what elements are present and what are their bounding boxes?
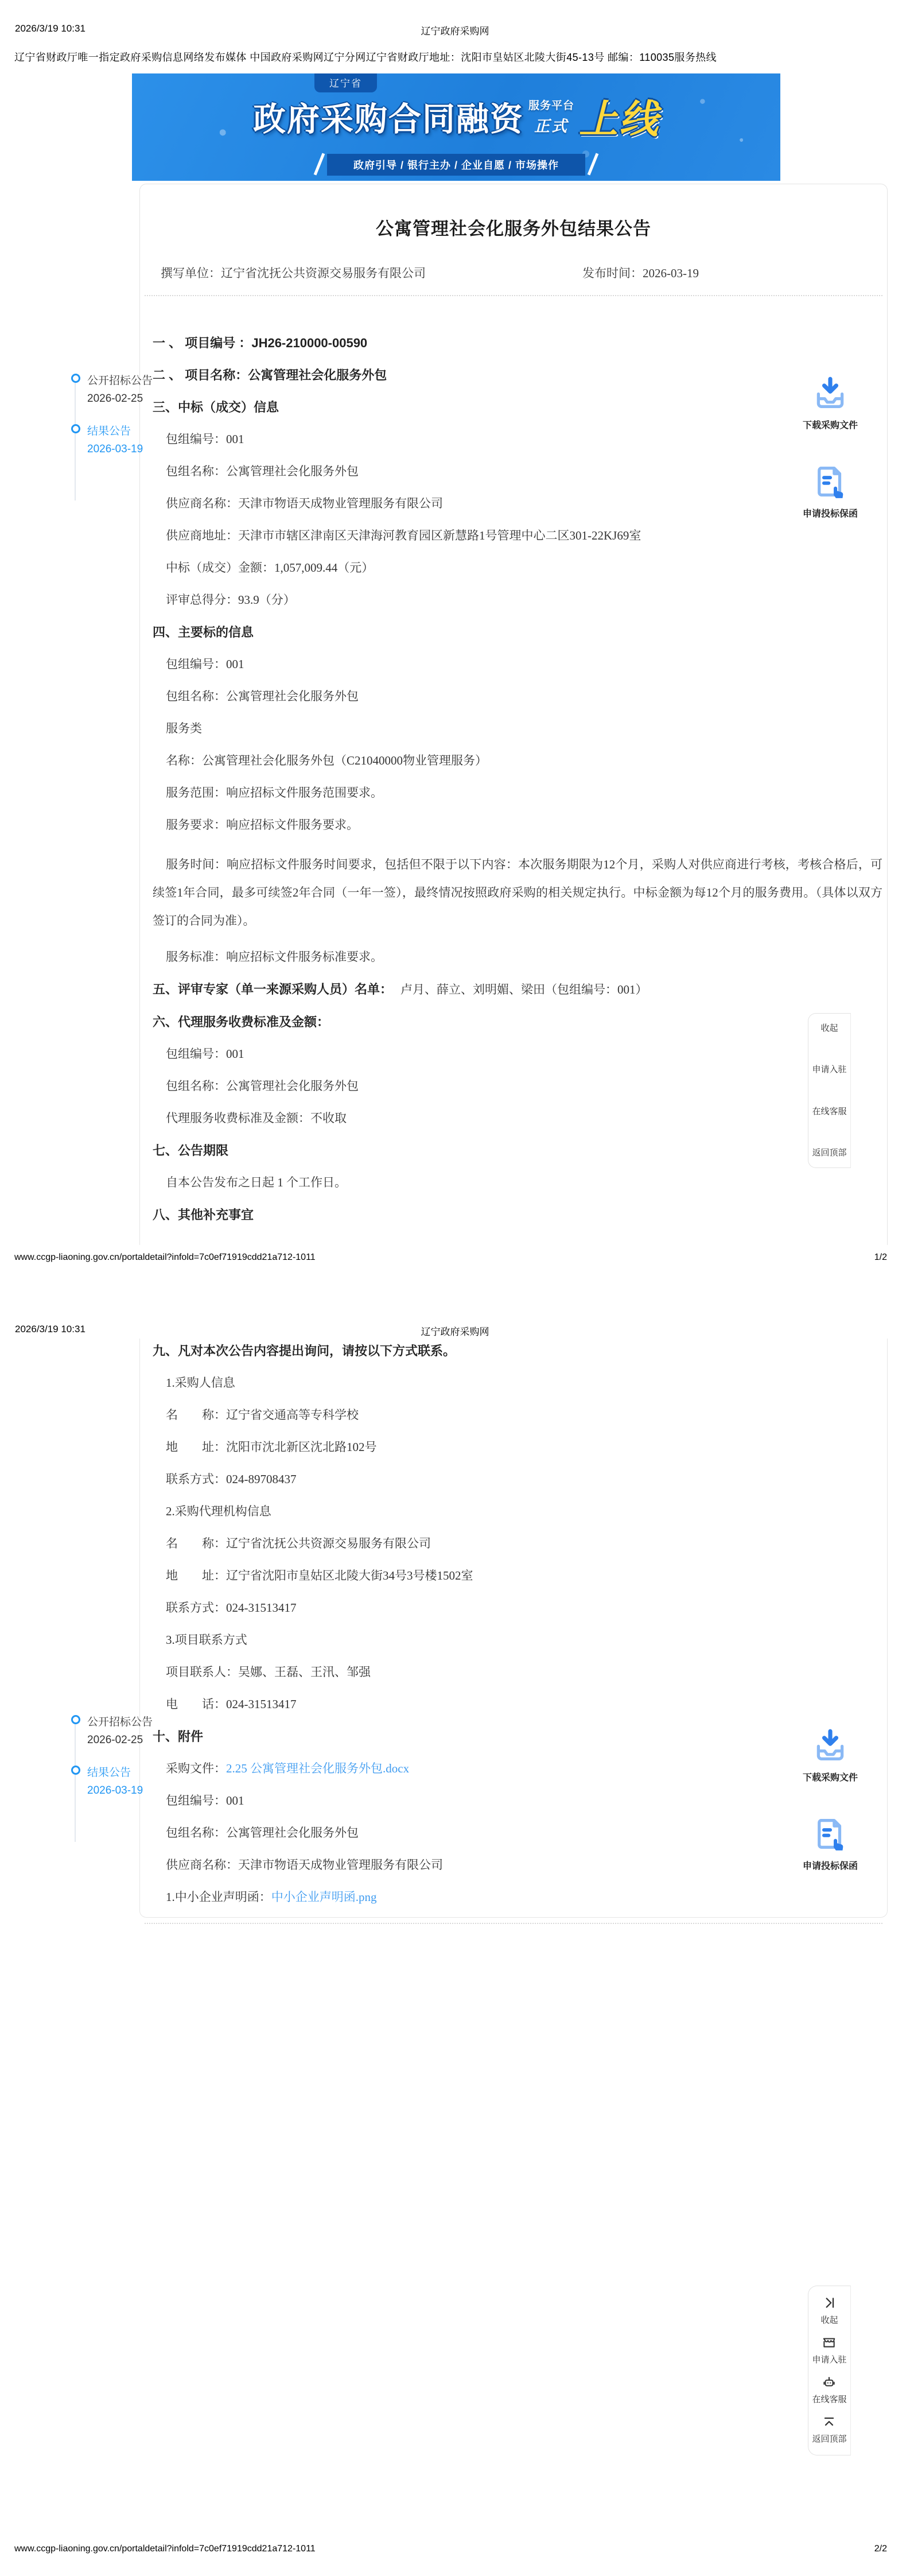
timeline-item-date: 2026-03-19 xyxy=(87,440,143,458)
online-service-label: 在线客服 xyxy=(812,2393,846,2405)
doc-line-text: 服务范围：响应招标文件服务范围要求。 xyxy=(166,786,383,800)
doc-line-text: 三、中标（成交）信息 xyxy=(153,400,279,414)
timeline-item-date: 2026-02-25 xyxy=(87,1731,153,1749)
side-toolbar-page1: 收起 申请入驻 在线客服 返回顶部 xyxy=(808,1013,851,1168)
doc-line-text: 包组名称：公寓管理社会化服务外包 xyxy=(166,689,359,703)
doc-line-text: 包组名称：公寓管理社会化服务外包 xyxy=(166,1826,359,1840)
doc-line-text: 供应商名称：天津市物语天成物业管理服务有限公司 xyxy=(166,1858,443,1872)
back-to-top-label: 返回顶部 xyxy=(812,2433,846,2445)
timeline-item-label: 公开招标公告 xyxy=(87,372,153,390)
doc-line: 服务类 xyxy=(153,722,882,735)
timeline-item-result-announcement[interactable]: 结果公告 2026-03-19 xyxy=(71,422,143,458)
doc-line: 1.采购人信息 xyxy=(153,1376,882,1390)
doc-line: 包组名称：公寓管理社会化服务外包 xyxy=(153,690,882,703)
download-procurement-file-label: 下载采购文件 xyxy=(799,418,862,431)
back-to-top-label: 返回顶部 xyxy=(812,1146,846,1158)
doc-line: 供应商名称：天津市物语天成物业管理服务有限公司 xyxy=(153,1859,882,1872)
doc-line: 九、凡对本次公告内容提出询问，请按以下方式联系。 xyxy=(153,1344,882,1357)
doc-line: 名 称：辽宁省沈抚公共资源交易服务有限公司 xyxy=(153,1537,882,1550)
doc-line: 供应商地址：天津市市辖区津南区天津海河教育园区新慧路1号管理中心二区301-22… xyxy=(153,529,882,542)
doc-line-text: 包组名称：公寓管理社会化服务外包 xyxy=(166,1079,359,1093)
collapse-icon xyxy=(822,2295,837,2310)
doc-line: 四、主要标的信息 xyxy=(153,626,882,639)
doc-line: 包组编号：001 xyxy=(153,1048,882,1061)
storefront-icon xyxy=(822,2335,837,2350)
doc-line: 服务标准：响应招标文件服务标准要求。 xyxy=(153,951,882,964)
back-to-top-icon xyxy=(822,2414,837,2429)
collapse-button[interactable]: 收起 xyxy=(820,1022,838,1034)
banner-sub-top: 服务平台 xyxy=(528,97,574,112)
download-inbox-icon xyxy=(811,374,849,412)
doc-line-text: 地 址：沈阳市沈北新区沈北路102号 xyxy=(166,1440,377,1454)
doc-line: 自本公告发布之日起 1 个工作日。 xyxy=(153,1176,882,1189)
document-panel-page1: 公寓管理社会化服务外包结果公告 撰写单位：辽宁省沈抚公共资源交易服务有限公司 发… xyxy=(139,184,888,1245)
doc-line-text: 供应商地址：天津市市辖区津南区天津海河教育园区新慧路1号管理中心二区301-22… xyxy=(166,529,641,542)
online-service-button[interactable]: 在线客服 xyxy=(812,2375,846,2405)
banner-title: 政府采购合同融资 xyxy=(253,93,524,140)
robot-icon xyxy=(822,2375,837,2389)
doc-line-text: 服务要求：响应招标文件服务要求。 xyxy=(166,818,359,832)
doc-line-label: 1.中小企业声明函： xyxy=(166,1890,271,1904)
site-info-line: 辽宁省财政厅唯一指定政府采购信息网络发布媒体 中国政府采购网辽宁分网辽宁省财政厅… xyxy=(14,49,901,64)
doc-line: 服务范围：响应招标文件服务范围要求。 xyxy=(153,786,882,800)
doc-line: 服务要求：响应招标文件服务要求。 xyxy=(153,818,882,832)
doc-line-label: 采购文件： xyxy=(166,1762,226,1775)
doc-line: 七、公告期限 xyxy=(153,1144,882,1157)
doc-line-text: 一 、 项目编号 ：JH26-210000-00590 xyxy=(153,336,367,350)
doc-line-text: 八、其他补充事宜 xyxy=(153,1208,254,1222)
doc-line-text: 服务标准：响应招标文件服务标准要求。 xyxy=(166,950,383,964)
timeline-dot-icon xyxy=(71,1715,80,1724)
online-service-button[interactable]: 在线客服 xyxy=(812,1105,846,1117)
print-preview-page: 2026/3/19 10:31 辽宁政府采购网 辽宁省财政厅唯一指定政府采购信息… xyxy=(0,0,910,2576)
doc-line: 代理服务收费标准及金额：不收取 xyxy=(153,1112,882,1125)
doc-line: 名 称：辽宁省交通高等专科学校 xyxy=(153,1409,882,1422)
doc-line: 联系方式：024-31513417 xyxy=(153,1601,882,1615)
document-panel-page2: 九、凡对本次公告内容提出询问，请按以下方式联系。 1.采购人信息 名 称：辽宁省… xyxy=(139,1339,888,1918)
doc-line: 包组编号：001 xyxy=(153,433,882,446)
footer-url: www.ccgp-liaoning.gov.cn/portaldetail?in… xyxy=(14,2544,316,2554)
doc-line-text: 评审总得分：93.9（分） xyxy=(166,593,295,607)
timeline-dot-icon xyxy=(71,374,80,383)
doc-body-page2: 九、凡对本次公告内容提出询问，请按以下方式联系。 1.采购人信息 名 称：辽宁省… xyxy=(153,1344,882,1904)
doc-line: 包组名称：公寓管理社会化服务外包 xyxy=(153,465,882,478)
doc-line: 十、附件 xyxy=(153,1730,882,1743)
doc-line-text: 六、代理服务收费标准及金额： xyxy=(153,1015,329,1029)
doc-line: 八、其他补充事宜 xyxy=(153,1208,882,1221)
doc-line-text: 二 、 项目名称：公寓管理社会化服务外包 xyxy=(153,368,387,382)
attachment-link[interactable]: 中小企业声明函.png xyxy=(271,1890,377,1904)
doc-line: 一 、 项目编号 ：JH26-210000-00590 xyxy=(153,336,882,350)
doc-line-text: 包组编号：001 xyxy=(166,657,244,671)
banner-sub-bottom: 正式 xyxy=(534,114,569,136)
doc-line: 电 话：024-31513417 xyxy=(153,1698,882,1711)
page-number: 2/2 xyxy=(874,2544,887,2554)
doc-line: 服务时间：响应招标文件服务时间要求，包括但不限于以下内容：本次服务期限为12个月… xyxy=(153,851,882,935)
doc-author-unit: 撰写单位：辽宁省沈抚公共资源交易服务有限公司 xyxy=(140,264,426,281)
doc-line-value: 卢月、薛立、刘明媚、梁田（包组编号：001） xyxy=(400,983,648,996)
doc-line: 地 址：沈阳市沈北新区沈北路102号 xyxy=(153,1441,882,1454)
doc-meta-row: 撰写单位：辽宁省沈抚公共资源交易服务有限公司 发布时间：2026-03-19 xyxy=(140,264,887,281)
doc-line: 1.中小企业声明函：中小企业声明函.png xyxy=(153,1891,882,1904)
doc-line: 二 、 项目名称：公寓管理社会化服务外包 xyxy=(153,368,882,382)
doc-line: 名称：公寓管理社会化服务外包（C21040000物业管理服务） xyxy=(153,754,882,767)
doc-line-text: 电 话：024-31513417 xyxy=(166,1697,297,1711)
apply-join-label: 申请入驻 xyxy=(812,1063,846,1075)
timeline-dot-icon xyxy=(71,1766,80,1775)
download-inbox-icon xyxy=(811,1727,849,1764)
doc-line: 三、中标（成交）信息 xyxy=(153,401,882,414)
apply-join-label: 申请入驻 xyxy=(812,2353,846,2365)
site-title: 辽宁政府采购网 xyxy=(0,23,910,37)
doc-line: 包组编号：001 xyxy=(153,1794,882,1807)
doc-line-text: 包组编号：001 xyxy=(166,1047,244,1061)
doc-line: 包组名称：公寓管理社会化服务外包 xyxy=(153,1080,882,1093)
doc-line-text: 3.项目联系方式 xyxy=(166,1633,247,1647)
doc-line: 3.项目联系方式 xyxy=(153,1634,882,1647)
doc-line-text: 名 称：辽宁省沈抚公共资源交易服务有限公司 xyxy=(166,1537,431,1550)
page-number: 1/2 xyxy=(874,1252,887,1263)
collapse-label: 收起 xyxy=(820,2314,838,2326)
timeline-item-label: 公开招标公告 xyxy=(87,1713,153,1731)
page-title: 公寓管理社会化服务外包结果公告 xyxy=(140,214,887,240)
timeline-dot-icon xyxy=(71,424,80,433)
doc-line-text: 九、凡对本次公告内容提出询问，请按以下方式联系。 xyxy=(153,1344,456,1358)
timeline-item-label: 结果公告 xyxy=(87,422,143,440)
banner-ribbon: 政府引导 / 银行主办 / 企业自愿 / 市场操作 xyxy=(327,154,585,176)
dotted-divider xyxy=(145,295,882,296)
doc-line-text: 服务类 xyxy=(166,721,202,735)
apply-bid-guarantee-button[interactable]: 申请投标保函 xyxy=(799,1815,862,1872)
timeline-item-date: 2026-03-19 xyxy=(87,1782,143,1799)
apply-bid-guarantee-button[interactable]: 申请投标保函 xyxy=(799,463,862,519)
promo-banner[interactable]: 辽宁省 政府采购合同融资 服务平台 正式 上线 政府引导 / 银行主办 / 企业… xyxy=(132,73,780,181)
doc-line-text: 七、公告期限 xyxy=(153,1143,228,1158)
banner-highlight: 上线 xyxy=(579,88,659,144)
back-to-top-button[interactable]: 返回顶部 xyxy=(812,1146,846,1158)
footer-url: www.ccgp-liaoning.gov.cn/portaldetail?in… xyxy=(14,1252,316,1263)
download-procurement-file-button[interactable]: 下载采购文件 xyxy=(799,374,862,431)
doc-line: 包组编号：001 xyxy=(153,658,882,671)
online-service-label: 在线客服 xyxy=(812,1105,846,1117)
doc-line: 地 址：辽宁省沈阳市皇姑区北陵大街34号3号楼1502室 xyxy=(153,1569,882,1582)
doc-line-text: 联系方式：024-31513417 xyxy=(166,1601,297,1615)
doc-line-text: 项目联系人：吴娜、王磊、王汛、邹强 xyxy=(166,1665,371,1679)
doc-line: 六、代理服务收费标准及金额： xyxy=(153,1015,882,1029)
doc-line-text: 服务时间：响应招标文件服务时间要求，包括但不限于以下内容：本次服务期限为12个月… xyxy=(153,858,882,928)
timeline-item-bid-announcement[interactable]: 公开招标公告 2026-02-25 xyxy=(71,372,153,408)
doc-line-text: 名称：公寓管理社会化服务外包（C21040000物业管理服务） xyxy=(166,754,487,767)
doc-line-text: 联系方式：024-89708437 xyxy=(166,1472,297,1486)
banner-main-text: 政府采购合同融资 服务平台 正式 上线 xyxy=(132,88,780,144)
doc-line: 采购文件：2.25 公寓管理社会化服务外包.docx xyxy=(153,1762,882,1775)
back-to-top-button[interactable]: 返回顶部 xyxy=(812,2414,846,2445)
doc-line-text: 包组名称：公寓管理社会化服务外包 xyxy=(166,464,359,478)
banner-subtitles: 服务平台 正式 xyxy=(528,97,574,136)
site-title: 辽宁政府采购网 xyxy=(0,1324,910,1338)
timeline-item-date: 2026-02-25 xyxy=(87,390,153,408)
guarantee-document-icon xyxy=(811,1815,849,1853)
doc-line: 五、评审专家（单一来源采购人员）名单：卢月、薛立、刘明媚、梁田（包组编号：001… xyxy=(153,983,882,996)
doc-line-text: 供应商名称：天津市物语天成物业管理服务有限公司 xyxy=(166,496,443,510)
attachment-link[interactable]: 2.25 公寓管理社会化服务外包.docx xyxy=(226,1762,409,1775)
timeline-item-bid-announcement[interactable]: 公开招标公告 2026-02-25 xyxy=(71,1713,153,1749)
doc-line-text: 自本公告发布之日起 1 个工作日。 xyxy=(166,1176,347,1189)
doc-line-text: 代理服务收费标准及金额：不收取 xyxy=(166,1111,347,1125)
doc-body-page1: 一 、 项目编号 ：JH26-210000-00590 二 、 项目名称：公寓管… xyxy=(153,336,882,1221)
apply-bid-guarantee-label: 申请投标保函 xyxy=(799,1859,862,1872)
doc-line: 供应商名称：天津市物语天成物业管理服务有限公司 xyxy=(153,497,882,510)
doc-line: 包组名称：公寓管理社会化服务外包 xyxy=(153,1826,882,1840)
doc-line-heading: 五、评审专家（单一来源采购人员）名单： xyxy=(153,982,392,996)
doc-line-text: 1.采购人信息 xyxy=(166,1376,235,1390)
doc-line-text: 中标（成交）金额：1,057,009.44（元） xyxy=(166,561,374,575)
timeline-item-label: 结果公告 xyxy=(87,1764,143,1782)
doc-line: 项目联系人：吴娜、王磊、王汛、邹强 xyxy=(153,1666,882,1679)
announcement-timeline-page2: 公开招标公告 2026-02-25 结果公告 2026-03-19 xyxy=(71,1713,169,1851)
apply-bid-guarantee-label: 申请投标保函 xyxy=(799,506,862,519)
doc-line-text: 四、主要标的信息 xyxy=(153,625,254,639)
doc-publish-time: 发布时间：2026-03-19 xyxy=(582,264,699,281)
print-header-page2: 2026/3/19 10:31 辽宁政府采购网 xyxy=(0,1324,910,1337)
download-procurement-file-button[interactable]: 下载采购文件 xyxy=(799,1727,862,1783)
timeline-item-result-announcement[interactable]: 结果公告 2026-03-19 xyxy=(71,1764,143,1799)
doc-line-text: 包组编号：001 xyxy=(166,432,244,446)
apply-join-button[interactable]: 申请入驻 xyxy=(812,1063,846,1075)
dotted-divider xyxy=(145,1923,882,1924)
announcement-timeline-page1: 公开招标公告 2026-02-25 结果公告 2026-03-19 xyxy=(71,372,169,510)
guarantee-document-icon xyxy=(811,463,849,501)
doc-line: 中标（成交）金额：1,057,009.44（元） xyxy=(153,561,882,575)
doc-line: 联系方式：024-89708437 xyxy=(153,1473,882,1486)
side-toolbar-page2: 收起 申请入驻 在线客服 返回顶部 xyxy=(808,2286,851,2455)
apply-join-button[interactable]: 申请入驻 xyxy=(812,2335,846,2365)
doc-line: 2.采购代理机构信息 xyxy=(153,1505,882,1518)
doc-line: 评审总得分：93.9（分） xyxy=(153,593,882,607)
doc-line-text: 名 称：辽宁省交通高等专科学校 xyxy=(166,1408,359,1422)
print-header-page1: 2026/3/19 10:31 辽宁政府采购网 xyxy=(0,23,910,37)
collapse-button[interactable]: 收起 xyxy=(820,2295,838,2326)
doc-line-text: 2.采购代理机构信息 xyxy=(166,1504,271,1518)
collapse-label: 收起 xyxy=(820,1022,838,1034)
doc-line-text: 包组编号：001 xyxy=(166,1794,244,1807)
download-procurement-file-label: 下载采购文件 xyxy=(799,1770,862,1783)
doc-line-text: 地 址：辽宁省沈阳市皇姑区北陵大街34号3号楼1502室 xyxy=(166,1569,473,1582)
